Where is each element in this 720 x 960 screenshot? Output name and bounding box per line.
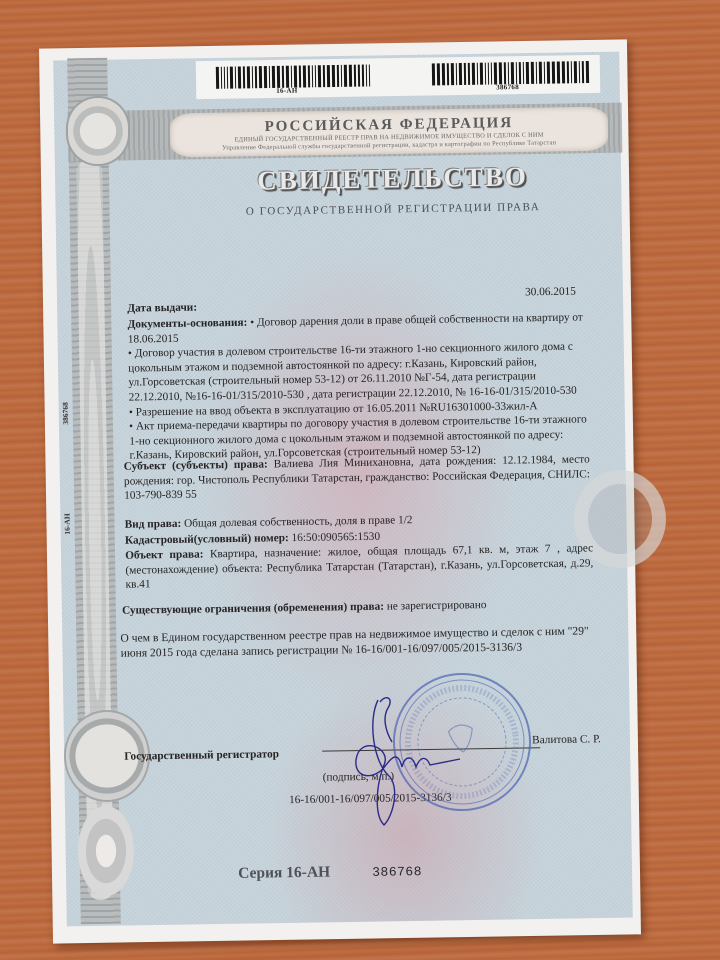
signature-icon — [356, 698, 460, 825]
stamp-and-signature — [0, 0, 720, 960]
official-stamp-icon — [385, 665, 539, 819]
